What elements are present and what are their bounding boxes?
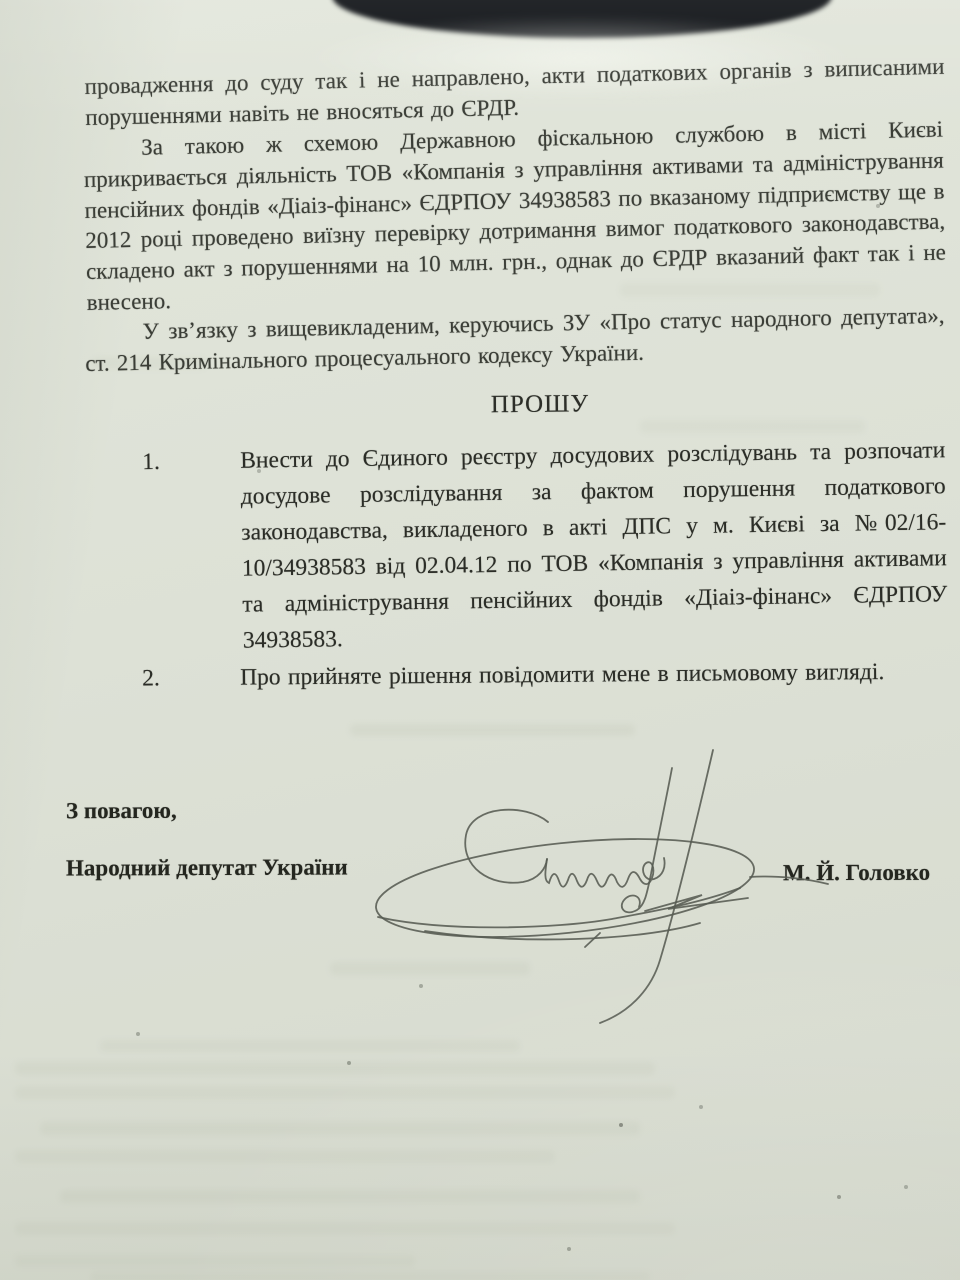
request-heading: ПРОШУ [135,385,945,424]
request-list: 1. Внести до Єдиного реєстру досудових р… [85,445,945,697]
bleed-through-line [60,1190,640,1203]
closing-salutation: З повагою, [66,798,177,824]
document-photo: провадження до суду так і не направлено,… [0,0,960,1280]
letter-body: провадження до суду так і не направлено,… [85,72,945,697]
list-item: 2. Про прийняте рішення повідомити мене … [85,653,945,697]
bleed-through-line [15,1062,655,1075]
bleed-through-line [15,1222,675,1235]
paragraph: За такою ж схемою Державною фіскальною с… [83,114,947,318]
bleed-through-line [40,1122,640,1135]
list-item-text: Про прийняте рішення повідомити мене в п… [240,653,945,695]
list-item-text: Внести до Єдиного реєстру досудових розс… [240,432,948,658]
signatory-title: Народний депутат України [66,855,348,882]
bleed-through-line [15,1086,675,1099]
bleed-through-line [15,1255,415,1267]
list-item: 1. Внести до Єдиного реєстру досудових р… [85,432,948,661]
bleed-through-line [15,1150,555,1163]
list-item-number: 2. [85,659,240,696]
dust-specks [0,0,2,2]
bleed-through-line [90,1272,650,1280]
signature-ink [350,735,830,1045]
list-item-number: 1. [85,442,243,660]
